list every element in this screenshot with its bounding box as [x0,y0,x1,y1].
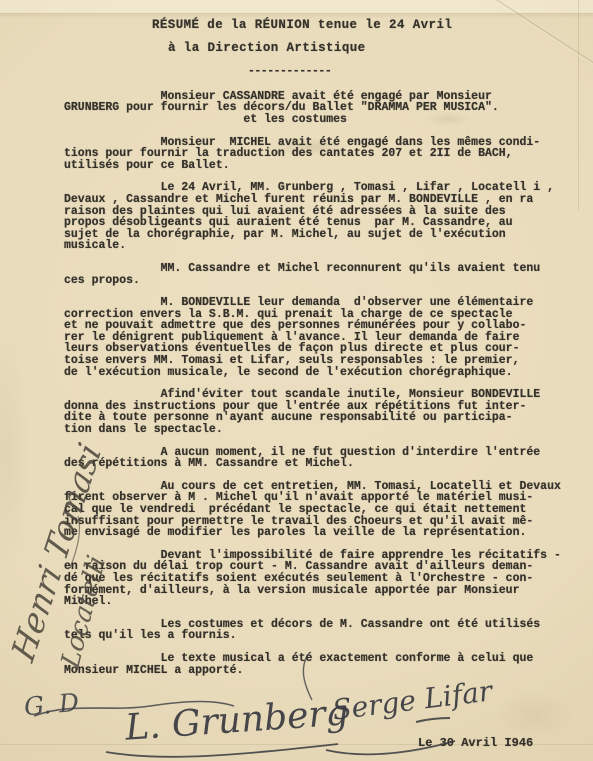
signature-bottom-devaux: G. D [23,688,80,722]
paragraph: Monsieur MICHEL avait été engagé dans le… [64,137,588,172]
paragraph: M. BONDEVILLE leur demanda d'observer un… [64,297,588,378]
paragraph: Les costumes et décors de M. Cassandre o… [64,619,588,642]
paragraph: Devant l'impossibilité de faire apprendr… [64,550,588,608]
document-page: RÉSUMÉ de la RÉUNION tenue le 24 Avril à… [0,0,593,761]
paragraph: Le texte musical a été exactement confor… [64,653,588,676]
paragraph: Monsieur CASSANDRE avait été engagé par … [64,91,588,126]
paragraph: Au cours de cet entretien, MM. Tomasi, L… [64,481,588,539]
paragraph: Afind'éviter tout scandale inutile, Mons… [64,389,588,435]
signature-dash-lifar [416,718,450,722]
paragraph: MM. Cassandre et Michel reconnurent qu'i… [64,263,588,286]
title-divider-dashes: ------------- [248,66,588,78]
paper-stain [0,320,30,580]
paper-fold-crease-top [0,0,593,14]
signature-flourish-devaux [34,702,234,717]
document-title-line1: RÉSUMÉ de la RÉUNION tenue le 24 Avril [152,20,588,32]
signature-bottom-grunberg: L. Grunberg [124,692,350,749]
paper-stain [495,690,575,740]
date-line: Le 30 Avril I946 [418,736,533,750]
document-title-line2: à la Direction Artistique [168,43,588,55]
paragraph: Le 24 Avril, MM. Grunberg , Tomasi , Lif… [64,182,588,252]
typewritten-text-block: RÉSUMÉ de la RÉUNION tenue le 24 Avril à… [64,20,588,687]
paragraph: A aucun moment, il ne fut question d'int… [64,447,588,470]
signature-flourish-grunberg [106,744,338,757]
